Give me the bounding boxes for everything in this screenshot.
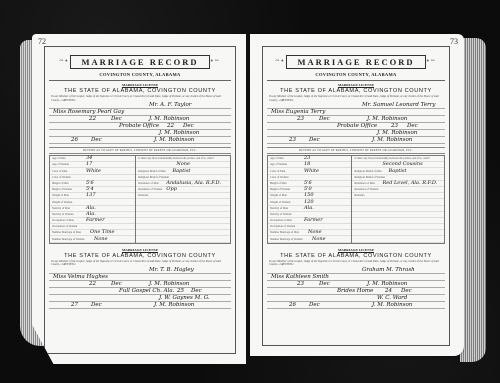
prev-marriage-man: None [308,229,322,235]
bride-line: Miss Rosemary Pearl Gay [49,109,231,116]
groom-line: Mr. T. B. Hagley [49,267,231,274]
recorded-by: J. M. Robinson [154,137,194,143]
license-date-line: 22 Dec J. M. Robinson [49,116,231,123]
blood-relation: None [176,161,190,167]
physical-details: Age of Man34 Age of Woman17 Color of Man… [50,156,136,243]
married-month: Dec [407,123,418,129]
bride-line: Miss Velma Hughes [49,274,231,281]
groom-name: Mr. Samuel Leonard Terry [362,102,436,108]
bride-name: Miss Velma Hughes [53,274,108,280]
license-heading: THE STATE OF ALABAMA, COVINGTON COUNTY [267,253,445,259]
weight-man: 150 [304,192,314,198]
recorded-month: Dec [91,137,102,143]
married-at: Full Gospel Ch. Ala. [119,288,174,294]
divider [49,80,231,81]
license-heading: THE STATE OF ALABAMA, COVINGTON COUNTY [267,88,445,94]
married-month: Dec [191,288,202,294]
physical-details: Age of Man23 Age of Woman18 Color of Man… [268,156,352,243]
license-label: MARRIAGE LICENSE [49,248,231,252]
page-number: 73 [450,37,458,46]
height-woman: 5'0 [304,186,312,192]
right-page: 73 MARRIAGE RECORD COVINGTON COUNTY, ALA… [250,34,464,356]
prev-marriage-woman: None [312,236,326,242]
groom-line: Mr. A. F. Taylor [49,102,231,109]
license-label: MARRIAGE LICENSE [49,83,231,87]
officiant: J. W. Gaynes M. G. [159,295,210,301]
officiant-line: J. W. Gaynes M. G. [49,295,231,302]
recorded-line: 23 Dec J. M. Robinson [267,137,445,144]
recorded-by: J. M. Robinson [372,302,412,308]
married-month: Dec [401,288,412,294]
groom-name: Mr. T. B. Hagley [149,267,194,273]
license-label: MARRIAGE LICENSE [267,83,445,87]
bride-line: Miss Eugenia Terry [267,109,445,116]
license-day: 23 [297,281,304,287]
license-record: MARRIAGE LICENSE THE STATE OF ALABAMA, C… [267,248,445,309]
recorded-line: 26 Dec J. M. Robinson [267,302,445,309]
married-day: 23 [391,123,398,129]
judge-signature: J. M. Robinson [367,281,407,287]
blood-relation: Second Cousins [382,161,422,167]
record-frame: MARRIAGE RECORD COVINGTON COUNTY, ALABAM… [44,46,236,354]
recorded-day: 27 [71,302,78,308]
married-day: 24 [385,288,392,294]
divider [267,80,445,81]
officiant: J. M. Robinson [377,130,417,136]
return-heading: RETURN AS TO AGES OF PARTIES, CONSENT OF… [267,147,445,154]
occupation-man: Farmer [304,217,323,223]
relation-religion-residence: Is there any blood relationship between … [136,156,230,243]
married-at-line: Probate Office 23 Dec [267,123,445,130]
license-record: MARRIAGE LICENSE THE STATE OF ALABAMA, C… [49,248,231,309]
license-heading: THE STATE OF ALABAMA, COVINGTON COUNTY [49,253,231,259]
bride-name: Miss Kathleen Smith [271,274,329,280]
page-header: MARRIAGE RECORD COVINGTON COUNTY, ALABAM… [267,52,445,81]
weight-woman: 120 [304,199,314,205]
license-month: Dec [319,281,330,287]
page-title: MARRIAGE RECORD [70,55,209,69]
license-month: Dec [111,281,122,287]
married-at-line: Brides Home 24 Dec [267,288,445,295]
left-page: 72 MARRIAGE RECORD COVINGTON COUNTY, ALA… [32,34,246,364]
nativity-man: Ala. [86,205,96,211]
age-man: 34 [86,155,92,161]
record-frame: MARRIAGE RECORD COVINGTON COUNTY, ALABAM… [262,46,450,346]
officiant-line: J. M. Robinson [49,130,231,137]
license-day: 22 [89,281,96,287]
license-record: MARRIAGE LICENSE THE STATE OF ALABAMA, C… [267,83,445,244]
recorded-month: Dec [309,137,320,143]
license-day: 22 [89,116,96,122]
officiant-line: W. C. Ward [267,295,445,302]
residence-man: Red Level, Ala. R.F.D. [382,180,437,186]
relation-religion-residence: Is there any blood relationship between … [352,156,444,243]
religion-man: Baptist [388,168,406,174]
page-number: 72 [38,37,46,46]
groom-line: Graham M. Thrash [267,267,445,274]
page-title: MARRIAGE RECORD [286,55,425,69]
license-heading: THE STATE OF ALABAMA, COVINGTON COUNTY [49,88,231,94]
recorded-day: 23 [289,137,296,143]
groom-line: Mr. Samuel Leonard Terry [267,102,445,109]
judge-signature: J. M. Robinson [367,116,407,122]
license-record: MARRIAGE LICENSE THE STATE OF ALABAMA, C… [49,83,231,244]
occupation-man: Farmer [86,217,105,223]
return-heading: RETURN AS TO AGES OF PARTIES, CONSENT OF… [49,147,231,154]
officiant: J. M. Robinson [159,130,199,136]
weight-man: 137 [86,192,96,198]
license-month: Dec [111,116,122,122]
prev-marriage-man: One Time [90,229,115,235]
return-details: Age of Man34 Age of Woman17 Color of Man… [49,155,231,244]
residence-man: Andalusia, Ala. R.F.D. [166,180,221,186]
recorded-month: Dec [309,302,320,308]
bride-name: Miss Eugenia Terry [271,109,325,115]
religion-man: Baptist [172,168,190,174]
county-line: COVINGTON COUNTY, ALABAMA [49,72,231,77]
married-at-line: Probate Office 22 Dec [49,123,231,130]
recorded-by: J. M. Robinson [154,302,194,308]
officiant-line: J. M. Robinson [267,130,445,137]
married-at: Probate Office [119,123,159,129]
nativity-woman: Ala. [86,211,96,217]
residence-woman: Opp [166,186,177,192]
married-month: Dec [183,123,194,129]
license-date-line: 22 Dec J. M. Robinson [49,281,231,288]
license-date-line: 23 Dec J. M. Robinson [267,281,445,288]
age-man: 23 [304,155,310,161]
height-man: 5'6 [86,180,94,186]
height-woman: 5'4 [86,186,94,192]
license-greeting: To any Minister of the Gospel, Judge of … [267,95,445,102]
license-day: 23 [297,116,304,122]
nativity-man: Ala. [304,205,314,211]
judge-signature: J. M. Robinson [149,281,189,287]
return-details: Age of Man23 Age of Woman18 Color of Man… [267,155,445,244]
color-man: White [304,168,319,174]
county-line: COVINGTON COUNTY, ALABAMA [267,72,445,77]
recorded-by: J. M. Robinson [372,137,412,143]
groom-name: Mr. A. F. Taylor [149,102,191,108]
recorded-line: 27 Dec J. M. Robinson [49,302,231,309]
judge-signature: J. M. Robinson [149,116,189,122]
recorded-line: 26 Dec J. M. Robinson [49,137,231,144]
prev-marriage-woman: None [94,236,108,242]
married-at: Brides Home [337,288,373,294]
page-header: MARRIAGE RECORD COVINGTON COUNTY, ALABAM… [49,52,231,81]
recorded-month: Dec [91,302,102,308]
married-at: Probate Office [337,123,377,129]
recorded-day: 26 [71,137,78,143]
married-day: 25 [177,288,184,294]
married-day: 22 [167,123,174,129]
license-greeting: To any Minister of the Gospel, Judge of … [267,260,445,267]
license-month: Dec [319,116,330,122]
height-man: 5'6 [304,180,312,186]
age-woman: 17 [86,161,92,167]
license-greeting: To any Minister of the Gospel, Judge of … [49,95,231,102]
groom-name: Graham M. Thrash [362,267,415,273]
recorded-day: 26 [289,302,296,308]
license-date-line: 23 Dec J. M. Robinson [267,116,445,123]
married-at-line: Full Gospel Ch. Ala. 25 Dec [49,288,231,295]
license-label: MARRIAGE LICENSE [267,248,445,252]
bride-name: Miss Rosemary Pearl Gay [53,109,124,115]
license-greeting: To any Minister of the Gospel, Judge of … [49,260,231,267]
officiant: W. C. Ward [377,295,407,301]
record-book: 72 MARRIAGE RECORD COVINGTON COUNTY, ALA… [14,34,488,366]
color-man: White [86,168,101,174]
age-woman: 18 [304,161,310,167]
bride-line: Miss Kathleen Smith [267,274,445,281]
